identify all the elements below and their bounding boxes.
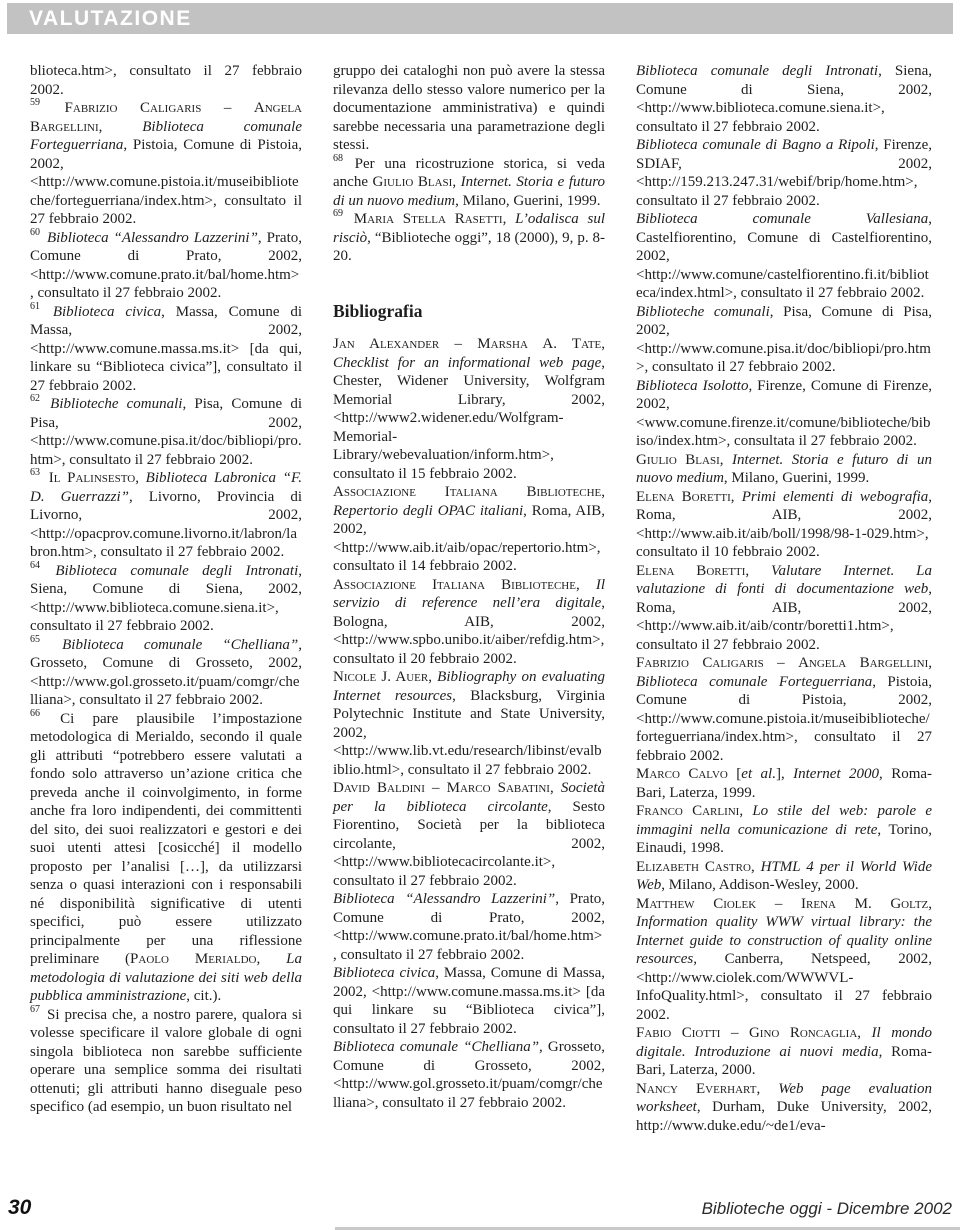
text-segment: Marco Calvo — [636, 766, 728, 782]
bibliography-entry: Jan Alexander – Marsha A. Tate, Checklis… — [333, 335, 605, 483]
text-segment: Associazione Italiana Biblioteche — [333, 484, 601, 500]
section-title: VALUTAZIONE — [7, 7, 192, 31]
text-segment: Marco Sabatini — [447, 780, 550, 796]
footnote-number: 59 — [30, 97, 40, 108]
text-segment: Si precisa che, a nostro parere, qualora… — [30, 1007, 302, 1116]
text-segment: Primi elementi di webografia — [742, 489, 929, 505]
text-segment: – — [756, 896, 801, 912]
bibliography-entry: Elizabeth Castro, HTML 4 per il World Wi… — [636, 858, 932, 895]
text-segment: , — [928, 896, 932, 912]
text-segment: Nicole J. Auer — [333, 669, 428, 685]
text-segment: , — [576, 577, 596, 593]
bibliography-entry: Elena Boretti, Valutare Internet. La val… — [636, 562, 932, 655]
bibliography-heading: Bibliografia — [333, 302, 605, 321]
footnote-63: 63 Il Palinsesto, Biblioteca Labronica “… — [30, 469, 302, 562]
bibliography-entry: Nancy Everhart, Web page evaluation work… — [636, 1080, 932, 1136]
journal-name: Biblioteche oggi - Dicembre 2002 — [702, 1199, 952, 1219]
text-segment: Angela Bargellini — [798, 655, 928, 671]
text-segment: Elena Boretti — [636, 489, 731, 505]
text-segment: Irena M. Goltz — [801, 896, 928, 912]
footnote-number: 64 — [30, 560, 40, 571]
text-segment: Biblioteca comunale di Bagno a Ripoli — [636, 137, 875, 153]
text-segment: Ci pare plausibile l’impostazione metodo… — [30, 711, 302, 968]
footnote-number: 60 — [30, 227, 40, 238]
text-segment: , — [751, 859, 761, 875]
footnote-number: 66 — [30, 708, 40, 719]
footnote-59: 59 Fabrizio Caligaris – Angela Bargellin… — [30, 99, 302, 229]
bibliography-entry: Associazione Italiana Biblioteche, Il se… — [333, 576, 605, 669]
text-segment: Internet 2000 — [793, 766, 879, 782]
text-segment: Biblioteca civica — [333, 965, 435, 981]
text-segment: Checklist for an informational web page — [333, 355, 601, 371]
bibliography-entry: Nicole J. Auer, Bibliography on evaluati… — [333, 668, 605, 779]
page-footer: 30 Biblioteche oggi - Dicembre 2002 — [8, 1196, 952, 1220]
bibliography-entry: Fabio Ciotti – Gino Roncaglia, Il mondo … — [636, 1024, 932, 1080]
section-header-bar: VALUTAZIONE — [7, 3, 953, 34]
footnote-number: 68 — [333, 153, 343, 164]
footnote-number: 61 — [30, 301, 40, 312]
text-segment: , — [256, 951, 286, 967]
footnote-number: 69 — [333, 208, 343, 219]
bibliography-entry: Biblioteche comunali, Pisa, Comune di Pi… — [636, 303, 932, 377]
text-segment: , Milano, Guerini, 1999. — [455, 193, 600, 209]
bibliography-entry: Franco Carlini, Lo stile del web: parole… — [636, 802, 932, 858]
text-segment: – — [720, 1025, 749, 1041]
text-segment: Biblioteca civica — [53, 304, 161, 320]
bibliography-entry: Biblioteca “Alessandro Lazzerini”, Prato… — [333, 890, 605, 964]
text-segment: blioteca.htm>, consultato il 27 febbraio… — [30, 63, 302, 98]
bibliography-entry: Matthew Ciolek – Irena M. Goltz, Informa… — [636, 895, 932, 1025]
footnote-number: 63 — [30, 467, 40, 478]
footnote-number: 62 — [30, 393, 40, 404]
bibliography-entry: Associazione Italiana Biblioteche, Reper… — [333, 483, 605, 576]
text-segment: , — [756, 1081, 778, 1097]
text-segment: , — [857, 1025, 871, 1041]
text-segment: ], — [776, 766, 793, 782]
footnote-number: 67 — [30, 1004, 40, 1015]
text-segment: – — [764, 655, 798, 671]
text-segment: , — [731, 489, 742, 505]
footnote-67: 67 Si precisa che, a nostro parere, qual… — [30, 1006, 302, 1117]
text-segment: Fabio Ciotti — [636, 1025, 720, 1041]
footnote-64: 64 Biblioteca comunale degli Intronati, … — [30, 562, 302, 636]
text-segment: , — [745, 563, 771, 579]
text-segment: Biblioteca “Alessandro Lazzerini” — [333, 891, 555, 907]
text-segment: Biblioteca Isolotto — [636, 378, 748, 394]
text-segment: Biblioteca comunale Vallesiana — [636, 211, 928, 227]
text-segment: Jan Alexander — [333, 336, 439, 352]
continuation-paragraph: gruppo dei cataloghi non può avere la st… — [333, 62, 605, 155]
footnote-66: 66 Ci pare plausibile l’impostazione met… — [30, 710, 302, 1006]
text-segment: Matthew Ciolek — [636, 896, 756, 912]
bibliography-entry: Giulio Blasi, Internet. Storia e futuro … — [636, 451, 932, 488]
text-column-3: Biblioteca comunale degli Intronati, Sie… — [636, 62, 932, 1135]
text-segment: , Milano, Addison-Wesley, 2000. — [661, 877, 858, 893]
text-segment: Biblioteche comunali — [636, 304, 770, 320]
text-segment: , Chester, Widener University, Wolfgram … — [333, 355, 605, 482]
text-segment: Biblioteca “Alessandro Lazzerini” — [47, 230, 258, 246]
text-segment: David Baldini — [333, 780, 425, 796]
bibliography-entry: Biblioteca civica, Massa, Comune di Mass… — [333, 964, 605, 1038]
text-segment: , — [928, 655, 932, 671]
bibliography-entry: Fabrizio Caligaris – Angela Bargellini, … — [636, 654, 932, 765]
text-segment: Associazione Italiana Biblioteche — [333, 577, 576, 593]
footnote-61: 61 Biblioteca civica, Massa, Comune di M… — [30, 303, 302, 396]
footnote-60: 60 Biblioteca “Alessandro Lazzerini”, Pr… — [30, 229, 302, 303]
bibliography-entry: Biblioteca comunale degli Intronati, Sie… — [636, 62, 932, 136]
bibliography-entry: Elena Boretti, Primi elementi di webogra… — [636, 488, 932, 562]
text-segment: Nancy Everhart — [636, 1081, 756, 1097]
footnote-69: 69 Maria Stella Rasetti, L’odalisca sul … — [333, 210, 605, 266]
bibliography-entry: Biblioteca comunale Vallesiana, Castelfi… — [636, 210, 932, 303]
text-segment: Biblioteca comunale “Chelliana” — [62, 637, 298, 653]
page-content: blioteca.htm>, consultato il 27 febbraio… — [30, 62, 932, 1135]
text-segment: , — [550, 780, 561, 796]
text-segment: , — [503, 211, 516, 227]
page-number: 30 — [8, 1196, 31, 1220]
text-segment: Franco Carlini — [636, 803, 739, 819]
text-segment: – — [439, 336, 477, 352]
text-column-2: gruppo dei cataloghi non può avere la st… — [333, 62, 605, 1135]
text-segment: gruppo dei cataloghi non può avere la st… — [333, 63, 605, 153]
text-segment: , — [601, 484, 605, 500]
text-segment: Fabrizio Caligaris — [65, 100, 202, 116]
text-segment: Paolo Merialdo — [130, 951, 256, 967]
text-segment: , Milano, Guerini, 1999. — [724, 470, 869, 486]
text-segment: , — [428, 669, 437, 685]
text-segment: , — [739, 803, 752, 819]
bibliography-entry: Marco Calvo [et al.], Internet 2000, Rom… — [636, 765, 932, 802]
text-segment: Biblioteca comunale degli Intronati — [636, 63, 878, 79]
text-segment: , — [452, 174, 460, 190]
bibliography-entry: Biblioteca Isolotto, Firenze, Comune di … — [636, 377, 932, 451]
text-segment: Fabrizio Caligaris — [636, 655, 764, 671]
text-segment: Giulio Blasi — [636, 452, 720, 468]
footnote-65: 65 Biblioteca comunale “Chelliana”, Gros… — [30, 636, 302, 710]
text-segment: Maria Stella Rasetti — [354, 211, 503, 227]
text-segment: , — [135, 470, 145, 486]
text-segment: – — [201, 100, 254, 116]
text-segment: Giulio Blasi — [373, 174, 453, 190]
text-segment: Biblioteca comunale Forteguerriana — [636, 674, 872, 690]
text-segment: Il Palinsesto — [49, 470, 135, 486]
footnote-62: 62 Biblioteche comunali, Pisa, Comune di… — [30, 395, 302, 469]
text-segment: , “Biblioteche oggi”, 18 (2000), 9, p. 8… — [333, 230, 605, 265]
bibliography-entry: David Baldini – Marco Sabatini, Società … — [333, 779, 605, 890]
text-segment: et al. — [741, 766, 776, 782]
text-segment: Gino Roncaglia — [749, 1025, 857, 1041]
text-segment: Biblioteca comunale degli Intronati — [55, 563, 298, 579]
text-segment: , — [601, 336, 605, 352]
text-segment: , — [720, 452, 732, 468]
bibliography-entry: Biblioteca comunale “Chelliana”, Grosset… — [333, 1038, 605, 1112]
text-segment: Elena Boretti — [636, 563, 745, 579]
continuation-paragraph: blioteca.htm>, consultato il 27 febbraio… — [30, 62, 302, 99]
footnote-68: 68 Per una ricostruzione storica, si ved… — [333, 155, 605, 211]
text-segment: [ — [728, 766, 741, 782]
text-segment: Elizabeth Castro — [636, 859, 751, 875]
text-segment: Repertorio degli OPAC italiani — [333, 503, 523, 519]
text-column-1: blioteca.htm>, consultato il 27 febbraio… — [30, 62, 302, 1135]
text-segment: , cit.). — [186, 988, 221, 1004]
text-segment: – — [425, 780, 447, 796]
footnote-number: 65 — [30, 634, 40, 645]
text-segment: , — [99, 119, 143, 135]
text-segment: Biblioteca comunale “Chelliana” — [333, 1039, 539, 1055]
bibliography-entry: Biblioteca comunale di Bagno a Ripoli, F… — [636, 136, 932, 210]
text-segment: Biblioteche comunali — [50, 396, 182, 412]
text-segment: Marsha A. Tate — [477, 336, 601, 352]
